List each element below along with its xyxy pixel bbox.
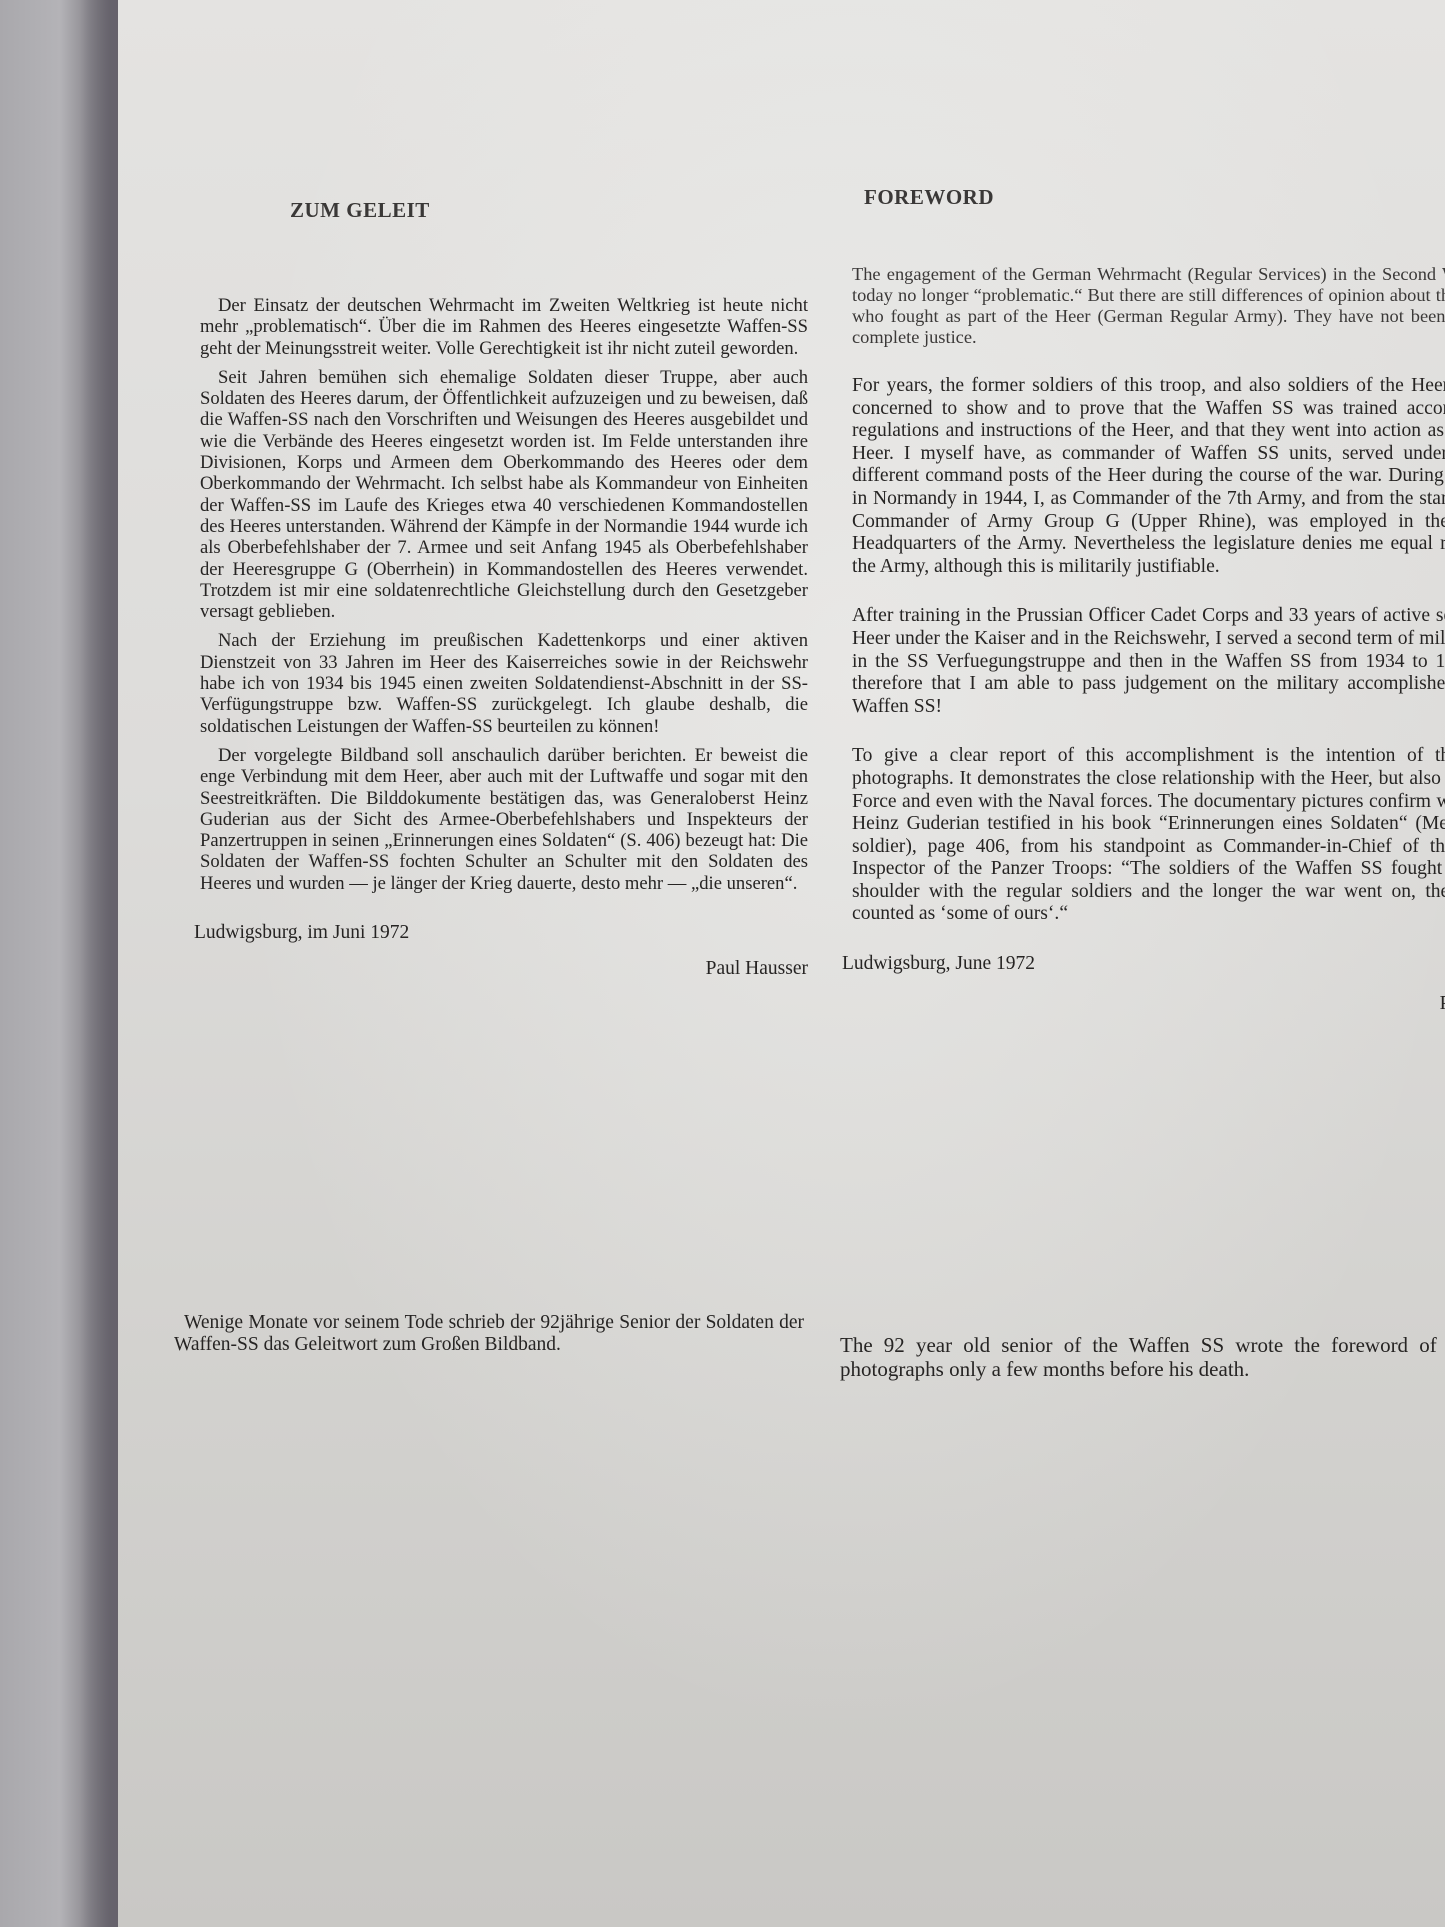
english-heading: FOREWORD <box>864 185 1445 210</box>
english-paragraph: After training in the Prussian Officer C… <box>842 605 1445 718</box>
german-foreword: ZUM GELEIT Der Einsatz der deutschen Weh… <box>194 198 808 980</box>
english-paragraph: To give a clear report of this accomplis… <box>842 745 1445 926</box>
german-body: Der Einsatz der deutschen Wehrmacht im Z… <box>194 295 808 894</box>
german-place-date: Ludwigsburg, im Juni 1972 <box>194 922 808 944</box>
german-paragraph: Seit Jahren bemühen sich ehemalige Solda… <box>194 367 808 623</box>
german-paragraph: Der vorgelegte Bildband soll anschaulich… <box>194 745 808 894</box>
german-signature: Paul Hausser <box>194 958 808 980</box>
german-heading: ZUM GELEIT <box>290 198 808 223</box>
english-body: The engagement of the German Wehrmacht (… <box>842 264 1445 926</box>
english-note: The 92 year old senior of the Waffen SS … <box>840 1333 1445 1381</box>
english-paragraph: For years, the former soldiers of this t… <box>842 375 1445 578</box>
english-paragraph: The engagement of the German Wehrmacht (… <box>842 264 1445 348</box>
english-signature: Paul Hausser <box>842 993 1445 1015</box>
german-note: Wenige Monate vor seinem Tode schrieb de… <box>174 1312 804 1356</box>
english-foreword: FOREWORD The engagement of the German We… <box>842 185 1445 1015</box>
book-page: ZUM GELEIT Der Einsatz der deutschen Weh… <box>118 0 1445 1927</box>
english-place-date: Ludwigsburg, June 1972 <box>842 953 1445 975</box>
german-paragraph: Nach der Erziehung im preußischen Kadett… <box>194 630 808 736</box>
german-paragraph: Der Einsatz der deutschen Wehrmacht im Z… <box>194 295 808 359</box>
